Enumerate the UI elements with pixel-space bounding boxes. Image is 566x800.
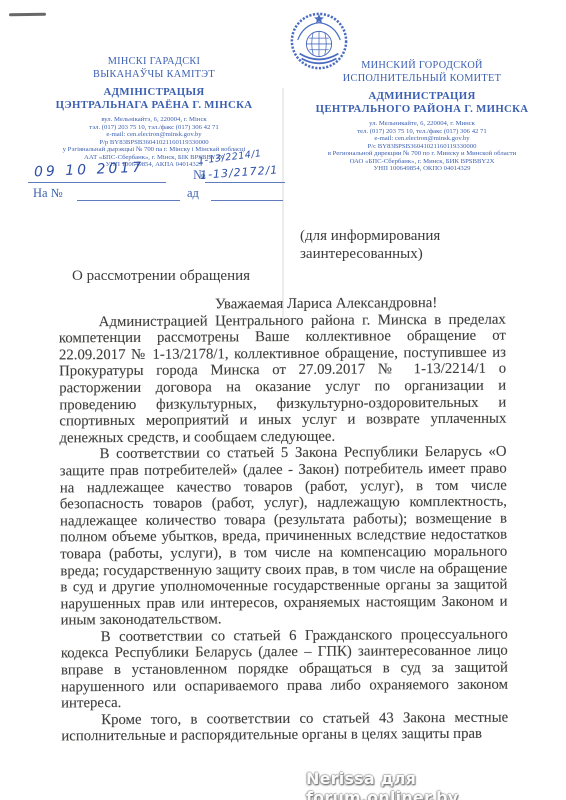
body-paragraph: Кроме того, в соответствии со статьей 43… <box>61 709 508 745</box>
reply-number-underline <box>77 200 180 201</box>
address-line: УНП 100649854, ОКПО 04014329 <box>286 165 558 173</box>
address-line: e-mail: cen.electron@minsk.gov.by <box>20 131 288 139</box>
addressee-note: (для информирования заинтересованных) <box>300 228 440 264</box>
address-line: Р/р BY83BPSB36041021160119330000 <box>20 139 288 147</box>
address-line: тел. (017) 203 75 10, тел./факс (017) 30… <box>286 128 558 136</box>
letter-body: Уважаемая Лариса Александровна! Админист… <box>59 295 509 746</box>
number-underline <box>205 182 285 183</box>
letterhead-russian: МИНСКИЙ ГОРОДСКОЙ ИСПОЛНИТЕЛЬНЫЙ КОМИТЕТ… <box>286 60 558 173</box>
address-line: ОАО «БПС-Сбербанк», г. Минск, БИК BPSBBY… <box>286 158 558 166</box>
address-line: e-mail: cen.electron@minsk.gov.by <box>286 135 558 143</box>
committee-name-line2: ИСПОЛНИТЕЛЬНЫЙ КОМИТЕТ <box>286 73 558 86</box>
address-line: тэл. (017) 203 75 10, тэл./факс (017) 30… <box>20 124 288 132</box>
address-line: Р/с BY83BPSB36041021160119330000 <box>286 143 558 151</box>
org-name-line2: ЦЕНТРАЛЬНОГО РАЙОНА Г. МИНСКА <box>286 103 558 116</box>
committee-name-line2: ВЫКАНАЎЧЫ КАМІТЭТ <box>20 69 288 82</box>
body-paragraph: Администрацией Центрального района г. Ми… <box>59 311 507 446</box>
from-date-underline <box>211 200 283 201</box>
committee-name-line1: МІНСКІ ГАРАДСКІ <box>20 56 288 69</box>
body-paragraph: В соответствии со статьей 6 Гражданского… <box>61 627 508 713</box>
scanned-letter-page: МІНСКІ ГАРАДСКІ ВЫКАНАЎЧЫ КАМІТЭТ АДМІНІ… <box>0 0 566 800</box>
address-line: вул. Мельнікайтэ, 6, 220004, г. Мінск <box>20 116 288 124</box>
forum-watermark: Nerissa для forum.onliner.by <box>306 769 566 800</box>
date-underline <box>28 182 166 183</box>
address-line: ул. Мельникайте, 6, 220004, г. Минск <box>286 120 558 128</box>
org-address-block: ул. Мельникайте, 6, 220004, г. Минск тел… <box>286 120 558 173</box>
body-paragraph: В соответствии со статьей 5 Закона Респу… <box>60 444 508 629</box>
scanner-artifact-line <box>9 13 46 17</box>
from-date-label: ад <box>187 186 199 201</box>
org-name-line1: АДМІНІСТРАЦЫЯ <box>20 86 288 99</box>
address-line: в Региональной дирекции № 700 по г. Минс… <box>286 150 558 158</box>
org-name-line2: ЦЭНТРАЛЬНАГА РАЁНА Г. МІНСКА <box>20 99 288 112</box>
committee-name-line1: МИНСКИЙ ГОРОДСКОЙ <box>286 60 558 73</box>
subject-line: О рассмотрении обращения <box>72 268 250 285</box>
note-line: (для информирования <box>300 228 440 246</box>
handwritten-date: 09 10 2017 <box>34 160 145 181</box>
reply-to-label: На № <box>33 186 63 201</box>
org-name-line1: АДМИНИСТРАЦИЯ <box>286 90 558 103</box>
note-line: заинтересованных) <box>300 246 440 264</box>
